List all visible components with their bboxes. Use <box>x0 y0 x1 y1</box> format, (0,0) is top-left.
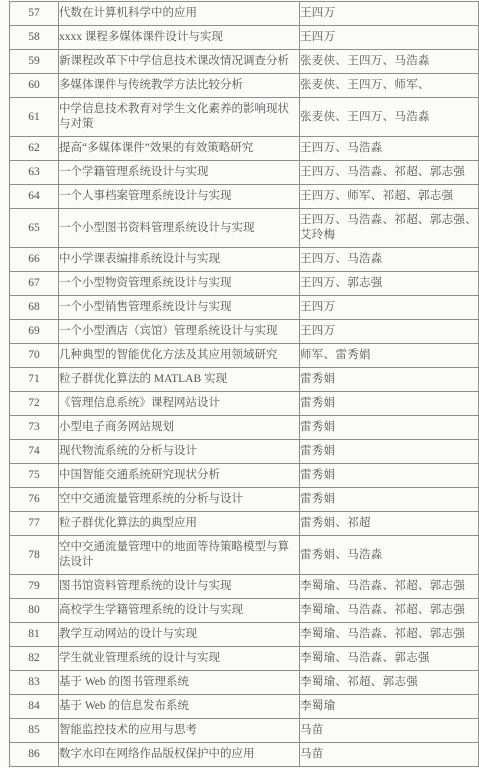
row-number-cell: 62 <box>10 137 59 161</box>
row-number-cell: 70 <box>10 344 59 368</box>
topic-title-cell: 一个小型销售管理系统设计与实现 <box>59 296 300 320</box>
author-names-cell: 雷秀娟 <box>300 488 479 512</box>
row-number-cell: 75 <box>10 464 59 488</box>
row-number-cell: 74 <box>10 440 59 464</box>
table-row: 64 一个人事档案管理系统设计与实现 王四万、师军、祁超、郭志强 <box>10 185 479 209</box>
table-row: 71 粒子群优化算法的 MATLAB 实现 雷秀娟 <box>10 368 479 392</box>
table-row: 58 xxxx 课程多媒体课件设计与实现 王四万 <box>10 26 479 50</box>
table-row: 77 粒子群优化算法的典型应用 雷秀娟、祁超 <box>10 512 479 536</box>
row-number-cell: 83 <box>10 671 59 695</box>
row-number-cell: 61 <box>10 98 59 137</box>
author-names-cell: 李蜀瑜、祁超、郭志强 <box>300 671 479 695</box>
topic-title-cell: 一个小型图书资料管理系统设计与实现 <box>59 209 300 248</box>
topic-title-cell: 空中交通流量管理系统的分析与设计 <box>59 488 300 512</box>
topic-title-cell: 空中交通流量管理中的地面等待策略模型与算法设计 <box>59 536 300 575</box>
author-names-cell: 李蜀瑜、马浩淼、祁超、郭志强 <box>300 623 479 647</box>
author-names-cell: 雷秀娟 <box>300 416 479 440</box>
row-number-cell: 77 <box>10 512 59 536</box>
table-body: 57 代数在计算机科学中的应用 王四万 58 xxxx 课程多媒体课件设计与实现… <box>10 2 479 767</box>
table-row: 74 现代物流系统的分析与设计 雷秀娟 <box>10 440 479 464</box>
author-names-cell: 王四万、郭志强 <box>300 272 479 296</box>
table-row: 63 一个学籍管理系统设计与实现 王四万、马浩淼、祁超、郭志强 <box>10 161 479 185</box>
row-number-cell: 82 <box>10 647 59 671</box>
topic-title-cell: 一个小型物资管理系统设计与实现 <box>59 272 300 296</box>
topic-title-cell: 新课程改革下中学信息技术课改情况调查分析 <box>59 50 300 74</box>
row-number-cell: 67 <box>10 272 59 296</box>
row-number-cell: 60 <box>10 74 59 98</box>
topic-title-cell: 图书馆资料管理系统的设计与实现 <box>59 575 300 599</box>
topic-title-cell: 多媒体课件与传统教学方法比较分析 <box>59 74 300 98</box>
table-row: 61 中学信息技术教育对学生文化素养的影响现状与对策 张麦侠、王四万、马浩淼 <box>10 98 479 137</box>
topic-title-cell: 中国智能交通系统研究现状分析 <box>59 464 300 488</box>
row-number-cell: 72 <box>10 392 59 416</box>
row-number-cell: 79 <box>10 575 59 599</box>
table-row: 69 一个小型酒店（宾馆）管理系统设计与实现 王四万 <box>10 320 479 344</box>
row-number-cell: 81 <box>10 623 59 647</box>
table-row: 65 一个小型图书资料管理系统设计与实现 王四万、马浩淼、祁超、郭志强、艾玲梅 <box>10 209 479 248</box>
table-row: 57 代数在计算机科学中的应用 王四万 <box>10 2 479 26</box>
table-row: 79 图书馆资料管理系统的设计与实现 李蜀瑜、马浩淼、祁超、郭志强 <box>10 575 479 599</box>
row-number-cell: 80 <box>10 599 59 623</box>
table-row: 78 空中交通流量管理中的地面等待策略模型与算法设计 雷秀娟、马浩淼 <box>10 536 479 575</box>
author-names-cell: 李蜀瑜、马浩淼、祁超、郭志强 <box>300 599 479 623</box>
table-row: 75 中国智能交通系统研究现状分析 雷秀娟 <box>10 464 479 488</box>
table-row: 67 一个小型物资管理系统设计与实现 王四万、郭志强 <box>10 272 479 296</box>
topic-title-cell: 提高“多媒体课件”效果的有效策略研究 <box>59 137 300 161</box>
row-number-cell: 68 <box>10 296 59 320</box>
author-names-cell: 王四万 <box>300 2 479 26</box>
table-row: 72 《管理信息系统》课程网站设计 雷秀娟 <box>10 392 479 416</box>
topic-title-cell: 现代物流系统的分析与设计 <box>59 440 300 464</box>
author-names-cell: 雷秀娟 <box>300 464 479 488</box>
topic-title-cell: 代数在计算机科学中的应用 <box>59 2 300 26</box>
author-names-cell: 师军、雷秀娟 <box>300 344 479 368</box>
topic-title-cell: 智能监控技术的应用与思考 <box>59 719 300 743</box>
topic-title-cell: 一个学籍管理系统设计与实现 <box>59 161 300 185</box>
table-row: 84 基于 Web 的信息发布系统 李蜀瑜 <box>10 695 479 719</box>
row-number-cell: 86 <box>10 743 59 767</box>
row-number-cell: 78 <box>10 536 59 575</box>
author-names-cell: 雷秀娟 <box>300 440 479 464</box>
row-number-cell: 76 <box>10 488 59 512</box>
topic-title-cell: 粒子群优化算法的典型应用 <box>59 512 300 536</box>
author-names-cell: 雷秀娟、马浩淼 <box>300 536 479 575</box>
row-number-cell: 69 <box>10 320 59 344</box>
author-names-cell: 王四万、马浩淼 <box>300 248 479 272</box>
topic-title-cell: 学生就业管理系统的设计与实现 <box>59 647 300 671</box>
thesis-topics-table: 57 代数在计算机科学中的应用 王四万 58 xxxx 课程多媒体课件设计与实现… <box>9 1 479 767</box>
author-names-cell: 雷秀娟、祁超 <box>300 512 479 536</box>
author-names-cell: 李蜀瑜 <box>300 695 479 719</box>
table-row: 73 小型电子商务网站规划 雷秀娟 <box>10 416 479 440</box>
topic-title-cell: xxxx 课程多媒体课件设计与实现 <box>59 26 300 50</box>
topic-title-cell: 一个人事档案管理系统设计与实现 <box>59 185 300 209</box>
topic-title-cell: 一个小型酒店（宾馆）管理系统设计与实现 <box>59 320 300 344</box>
row-number-cell: 63 <box>10 161 59 185</box>
table-row: 68 一个小型销售管理系统设计与实现 王四万 <box>10 296 479 320</box>
topic-title-cell: 基于 Web 的信息发布系统 <box>59 695 300 719</box>
author-names-cell: 王四万 <box>300 296 479 320</box>
table-row: 80 高校学生学籍管理系统的设计与实现 李蜀瑜、马浩淼、祁超、郭志强 <box>10 599 479 623</box>
author-names-cell: 马苗 <box>300 743 479 767</box>
topic-title-cell: 教学互动网站的设计与实现 <box>59 623 300 647</box>
topic-title-cell: 基于 Web 的图书管理系统 <box>59 671 300 695</box>
topic-title-cell: 小型电子商务网站规划 <box>59 416 300 440</box>
row-number-cell: 71 <box>10 368 59 392</box>
document-page: 57 代数在计算机科学中的应用 王四万 58 xxxx 课程多媒体课件设计与实现… <box>0 0 479 768</box>
row-number-cell: 57 <box>10 2 59 26</box>
author-names-cell: 雷秀娟 <box>300 392 479 416</box>
table-row: 70 几种典型的智能优化方法及其应用领域研究 师军、雷秀娟 <box>10 344 479 368</box>
table-row: 82 学生就业管理系统的设计与实现 李蜀瑜、马浩淼、郭志强 <box>10 647 479 671</box>
author-names-cell: 王四万、师军、祁超、郭志强 <box>300 185 479 209</box>
author-names-cell: 王四万 <box>300 320 479 344</box>
row-number-cell: 85 <box>10 719 59 743</box>
topic-title-cell: 高校学生学籍管理系统的设计与实现 <box>59 599 300 623</box>
author-names-cell: 雷秀娟 <box>300 368 479 392</box>
table-row: 76 空中交通流量管理系统的分析与设计 雷秀娟 <box>10 488 479 512</box>
author-names-cell: 王四万、马浩淼 <box>300 137 479 161</box>
topic-title-cell: 《管理信息系统》课程网站设计 <box>59 392 300 416</box>
table-row: 60 多媒体课件与传统教学方法比较分析 张麦侠、王四万、师军、 <box>10 74 479 98</box>
author-names-cell: 王四万、马浩淼、祁超、郭志强 <box>300 161 479 185</box>
table-row: 86 数字水印在网络作品版权保护中的应用 马苗 <box>10 743 479 767</box>
topic-title-cell: 中小学课表编排系统设计与实现 <box>59 248 300 272</box>
row-number-cell: 58 <box>10 26 59 50</box>
table-row: 62 提高“多媒体课件”效果的有效策略研究 王四万、马浩淼 <box>10 137 479 161</box>
topic-title-cell: 几种典型的智能优化方法及其应用领域研究 <box>59 344 300 368</box>
row-number-cell: 66 <box>10 248 59 272</box>
row-number-cell: 73 <box>10 416 59 440</box>
table-row: 83 基于 Web 的图书管理系统 李蜀瑜、祁超、郭志强 <box>10 671 479 695</box>
topic-title-cell: 数字水印在网络作品版权保护中的应用 <box>59 743 300 767</box>
table-row: 81 教学互动网站的设计与实现 李蜀瑜、马浩淼、祁超、郭志强 <box>10 623 479 647</box>
author-names-cell: 王四万 <box>300 26 479 50</box>
row-number-cell: 59 <box>10 50 59 74</box>
topic-title-cell: 粒子群优化算法的 MATLAB 实现 <box>59 368 300 392</box>
author-names-cell: 张麦侠、王四万、师军、 <box>300 74 479 98</box>
author-names-cell: 张麦侠、王四万、马浩淼 <box>300 98 479 137</box>
author-names-cell: 马苗 <box>300 719 479 743</box>
topic-title-cell: 中学信息技术教育对学生文化素养的影响现状与对策 <box>59 98 300 137</box>
table-row: 85 智能监控技术的应用与思考 马苗 <box>10 719 479 743</box>
author-names-cell: 王四万、马浩淼、祁超、郭志强、艾玲梅 <box>300 209 479 248</box>
row-number-cell: 65 <box>10 209 59 248</box>
row-number-cell: 84 <box>10 695 59 719</box>
author-names-cell: 李蜀瑜、马浩淼、祁超、郭志强 <box>300 575 479 599</box>
row-number-cell: 64 <box>10 185 59 209</box>
author-names-cell: 张麦侠、王四万、马浩淼 <box>300 50 479 74</box>
author-names-cell: 李蜀瑜、马浩淼、郭志强 <box>300 647 479 671</box>
table-row: 59 新课程改革下中学信息技术课改情况调查分析 张麦侠、王四万、马浩淼 <box>10 50 479 74</box>
table-row: 66 中小学课表编排系统设计与实现 王四万、马浩淼 <box>10 248 479 272</box>
